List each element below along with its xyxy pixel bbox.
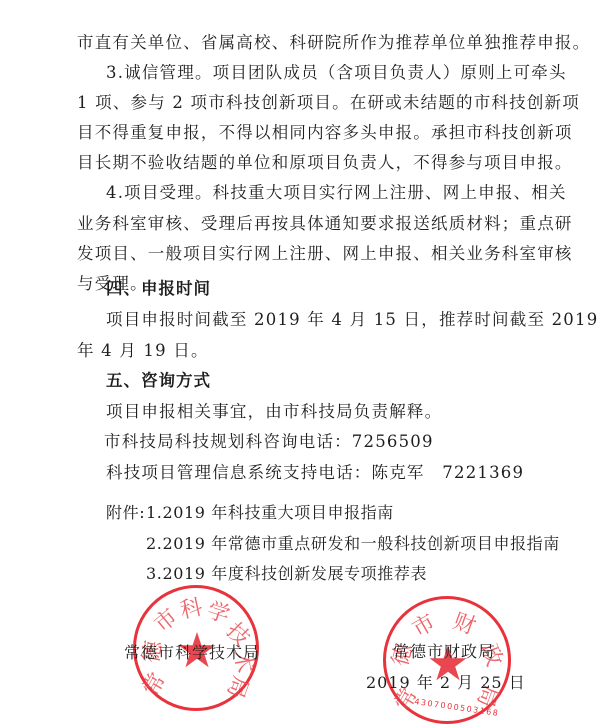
paragraph-line: 业务科室审核、受理后再按具体通知要求报送纸质材料；重点研: [77, 213, 529, 235]
paragraph-line: 3.诚信管理。项目团队成员（含项目负责人）原则上可牵头: [106, 62, 529, 84]
document-page: 市直有关单位、省属高校、科研院所作为推荐单位单独推荐申报。 3.诚信管理。项目团…: [0, 0, 605, 728]
paragraph-line: 4.项目受理。科技重大项目实行网上注册、网上申报、相关: [106, 182, 529, 204]
signature-date: 2019 年 2 月 25 日: [366, 672, 526, 694]
paragraph-line: 项目申报相关事宜，由市科技局负责解释。: [106, 401, 529, 423]
paragraph-line: 年 4 月 19 日。: [77, 340, 529, 362]
signature-science-bureau: 常德市科学技术局: [124, 642, 260, 664]
attachment-item: 1.2019 年科技重大项目申报指南: [146, 502, 394, 524]
paragraph-line: 发项目、一般项目实行网上注册、网上申报、相关业务科室审核: [77, 243, 529, 265]
contact-phone-line: 市科技局科技规划科咨询电话：7256509: [104, 431, 527, 453]
seal-char: 常: [134, 666, 172, 701]
attachment-item: 3.2019 年度科技创新发展专项推荐表: [146, 563, 427, 585]
seal-char: 市: [406, 606, 441, 644]
contact-phone-line: 科技项目管理信息系统支持电话：陈克军 7221369: [106, 462, 529, 484]
seal-char: 财: [449, 604, 480, 641]
section-heading-4: 四、申报时间: [106, 278, 529, 300]
seal-char: 学: [204, 593, 235, 629]
paragraph-line: 市直有关单位、省属高校、科研院所作为推荐单位单独推荐申报。: [77, 32, 529, 54]
seal-char: 科: [177, 590, 205, 625]
paragraph-line: 目长期不验收结题的单位和原项目负责人，不得参与项目申报。: [77, 152, 529, 174]
seal-char: 局: [221, 672, 258, 703]
signature-finance-bureau: 常德市财政局: [393, 641, 495, 663]
section-heading-5: 五、咨询方式: [106, 370, 529, 392]
paragraph-line: 项目申报时间截至 2019 年 4 月 15 日，推荐时间截至 2019: [106, 309, 529, 331]
paragraph-line: 1 项、参与 2 项市科技创新项目。在研或未结题的市科技创新项: [77, 92, 529, 114]
attachment-item: 2.2019 年常德市重点研发和一般科技创新项目申报指南: [146, 533, 560, 555]
paragraph-line: 目不得重复申报，不得以相同内容多头申报。承担市科技创新项: [77, 122, 529, 144]
attachments-label: 附件:: [106, 502, 145, 524]
